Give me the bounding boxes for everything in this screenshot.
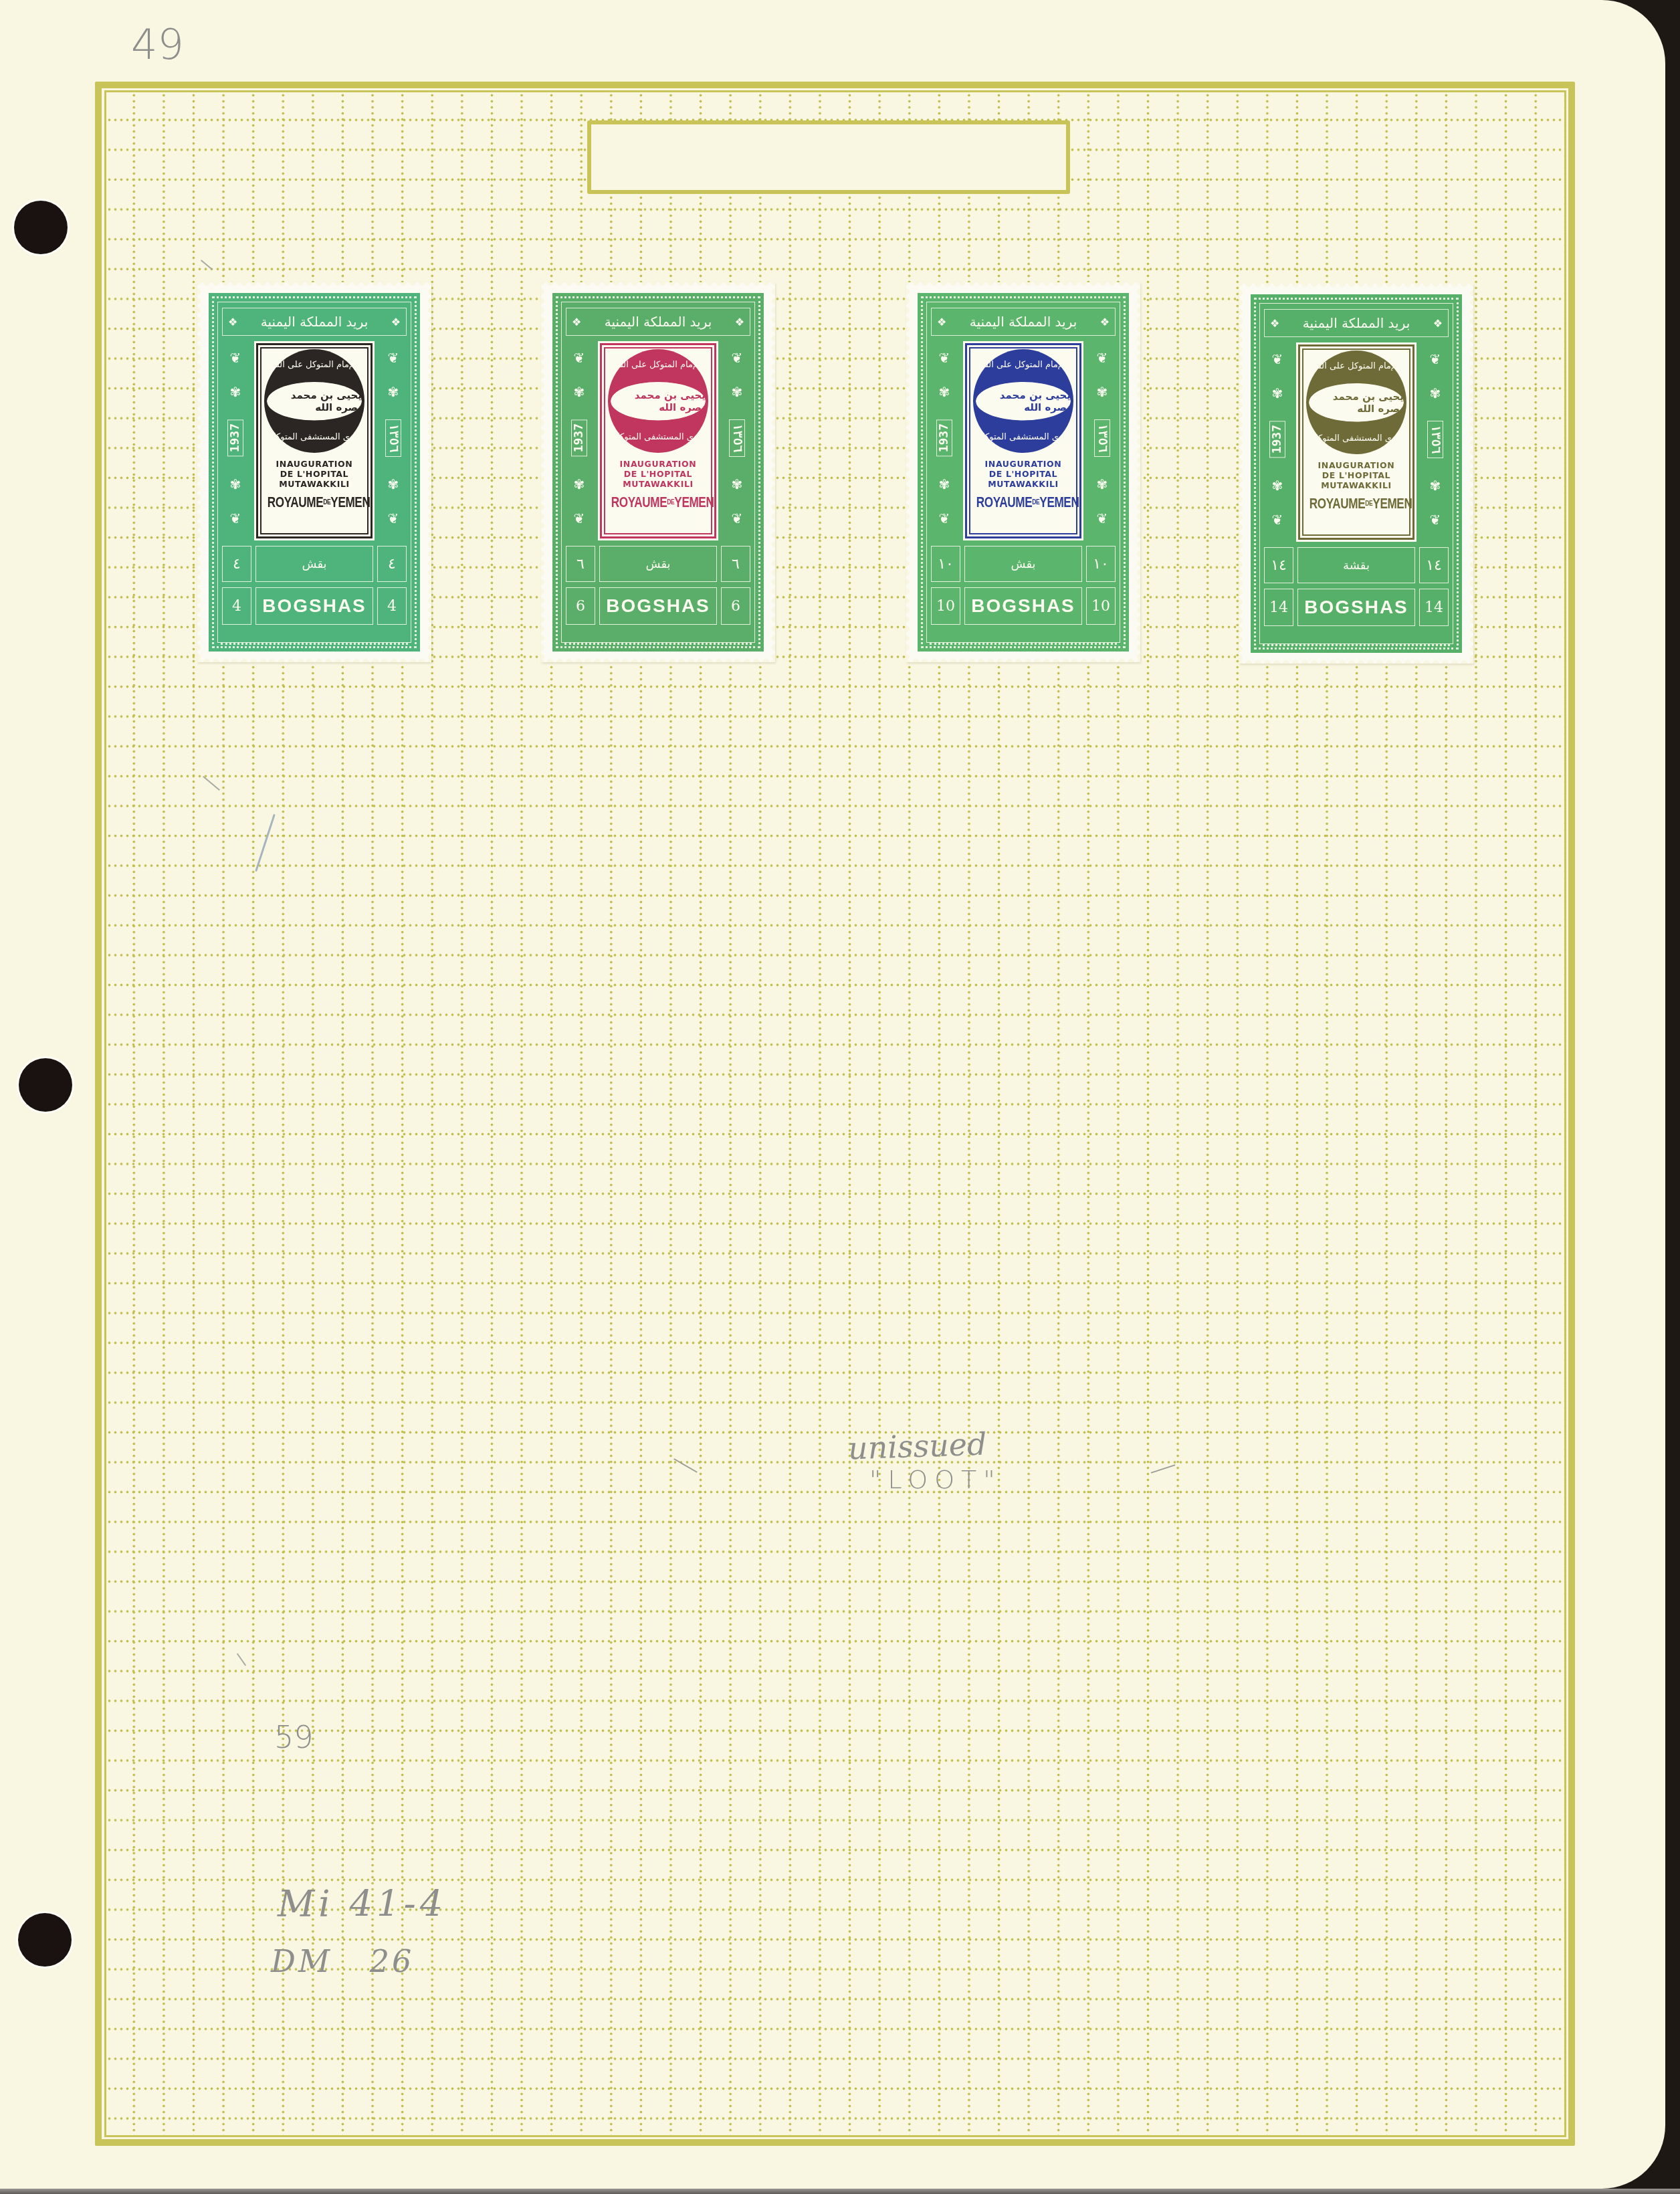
floral-icon: ✾ [1430, 387, 1441, 400]
oval-arabic-bottom: ذكرى المستشفى المتوكلي [973, 432, 1073, 442]
stamp-value-row: 10 BOGSHAS 10 [931, 587, 1116, 625]
oval-arabic-center: يحيى بن محمد نصره الله [976, 382, 1071, 421]
floral-icon: ❦ [1272, 513, 1283, 526]
oval-arabic-top: الإمام المتوكل على الله [973, 360, 1073, 370]
ornament-icon: ❖ [735, 316, 744, 328]
binder-hole-middle [19, 1058, 72, 1112]
floral-icon: ✾ [1272, 387, 1283, 400]
oval-arabic-center: يحيى بن محمد نصره الله [1309, 383, 1404, 422]
stamp-inscription: INAUGURATIONDE L'HOPITALMUTAWAKKILI [963, 459, 1083, 489]
inscription-line: INAUGURATION [963, 459, 1083, 469]
floral-icon: ❦ [230, 512, 241, 525]
stamp-country: ROYAUMEDEYEMEN [976, 494, 1070, 511]
inscription-line: MUTAWAKKILI [254, 479, 375, 489]
floral-icon: ❦ [1097, 512, 1108, 525]
stamp-arabic-currency: بقشة [1297, 547, 1415, 583]
stamp-arabic-currency: بقش [599, 546, 717, 582]
stamp-year: 1937 [571, 419, 587, 456]
ornament-icon: ❖ [1100, 316, 1110, 328]
stamp-year: 1937 [936, 419, 952, 456]
floral-icon: ✾ [939, 385, 950, 399]
stamp-vignette: الإمام المتوكل على الله يحيى بن محمد نصر… [963, 341, 1083, 540]
floral-icon: ❦ [388, 512, 399, 525]
stamp-inscription: INAUGURATIONDE L'HOPITALMUTAWAKKILI [254, 459, 375, 489]
floral-icon: ❦ [1430, 513, 1441, 526]
stamp-arabic-title: بريد المملكة اليمنية [261, 314, 369, 330]
floral-icon: ✾ [230, 478, 241, 491]
stamp-top-band: ❖ بريد المملكة اليمنية ❖ [931, 308, 1116, 336]
floral-icon: ✾ [939, 478, 950, 491]
inscription-line: MUTAWAKKILI [963, 479, 1083, 489]
oval-arabic-bottom: ذكرى المستشفى المتوكلي [264, 432, 364, 442]
stamp-oval: الإمام المتوكل على الله يحيى بن محمد نصر… [608, 349, 708, 453]
stamp-arabic-currency: بقش [255, 546, 373, 582]
stamp-arabic-title: بريد المملكة اليمنية [970, 314, 1077, 330]
stamp-oval: الإمام المتوكل على الله يحيى بن محمد نصر… [973, 349, 1073, 453]
inscription-line: MUTAWAKKILI [598, 479, 718, 489]
stamp-arabic-currency: بقش [964, 546, 1082, 582]
stamp-value-row-arabic: ١٤ بقشة ١٤ [1264, 547, 1449, 583]
stamp-year: 1937 [227, 419, 243, 456]
inscription-line: DE L'HOPITAL [963, 469, 1083, 479]
oval-arabic-top: الإمام المتوكل على الله [1306, 361, 1406, 371]
note-michel-number: Mi 41-4 [278, 1883, 447, 1925]
title-box[interactable] [587, 120, 1070, 194]
inscription-line: DE L'HOPITAL [254, 469, 375, 479]
inscription-line: INAUGURATION [254, 459, 375, 469]
stamp-currency: BOGSHAS [255, 587, 373, 625]
floral-icon: ❦ [939, 512, 950, 525]
oval-arabic-center: يحيى بن محمد نصره الله [267, 382, 362, 421]
stamp-6-bogshas[interactable]: ❖ بريد المملكة اليمنية ❖ ❦ ✾ 1937 ✾ ❦ ❦ … [552, 293, 764, 652]
floral-icon: ❦ [1272, 353, 1283, 366]
stamp-value: 14 [1419, 589, 1449, 626]
stamp-value: 4 [222, 587, 251, 625]
stamp-arabic-value: ١٤ [1264, 547, 1293, 583]
stamp-value-row-arabic: ٦ بقش ٦ [566, 546, 750, 582]
stamp-vignette: الإمام المتوكل على الله يحيى بن محمد نصر… [598, 341, 718, 540]
floral-icon: ✾ [230, 385, 241, 399]
floral-icon: ❦ [1430, 353, 1441, 366]
note-catalog-number: 59 [274, 1719, 314, 1755]
stamp-side-left: ❦ ✾ 1937 ✾ ❦ [1264, 342, 1291, 536]
oval-arabic-top: الإمام المتوكل على الله [608, 360, 708, 370]
stamp-side-left: ❦ ✾ 1937 ✾ ❦ [931, 341, 958, 535]
floral-icon: ❦ [1097, 351, 1108, 365]
note-unissued: unissued [847, 1425, 987, 1466]
stamp-value: 4 [377, 587, 407, 625]
ornament-icon: ❖ [937, 316, 946, 328]
ornament-icon: ❖ [391, 316, 401, 328]
stamp-side-left: ❦ ✾ 1937 ✾ ❦ [566, 341, 593, 535]
stamp-top-band: ❖ بريد المملكة اليمنية ❖ [1264, 309, 1449, 337]
floral-icon: ❦ [388, 351, 399, 365]
floral-icon: ❦ [574, 512, 585, 525]
ornament-icon: ❖ [1270, 317, 1279, 330]
stamp-inscription: INAUGURATIONDE L'HOPITALMUTAWAKKILI [1296, 460, 1416, 490]
stamp-arabic-value: ٤ [377, 546, 407, 582]
floral-icon: ✾ [1097, 478, 1108, 491]
oval-arabic-center: يحيى بن محمد نصره الله [611, 382, 706, 421]
stamp-top-band: ❖ بريد المملكة اليمنية ❖ [566, 308, 750, 336]
stamp-vignette: الإمام المتوكل على الله يحيى بن محمد نصر… [1296, 342, 1416, 542]
inscription-line: MUTAWAKKILI [1296, 480, 1416, 490]
stamp-value-row: 4 BOGSHAS 4 [222, 587, 407, 625]
stamp-arabic-value: ١٤ [1419, 547, 1449, 583]
oval-arabic-top: الإمام المتوكل على الله [264, 360, 364, 370]
binder-hole-top [14, 201, 68, 254]
floral-icon: ❦ [230, 351, 241, 365]
ornament-icon: ❖ [228, 316, 237, 328]
inscription-line: INAUGURATION [598, 459, 718, 469]
floral-icon: ✾ [574, 385, 585, 399]
floral-icon: ✾ [732, 385, 743, 399]
stamp-year: 1937 [1269, 421, 1285, 458]
floral-icon: ✾ [388, 478, 399, 491]
floral-icon: ✾ [574, 478, 585, 491]
floral-icon: ❦ [574, 351, 585, 365]
stamp-dot-rim-bottom [1263, 644, 1450, 646]
floral-icon: ✾ [1430, 479, 1441, 492]
ornament-icon: ❖ [572, 316, 581, 328]
stamp-side-right: ❦ ✾ ١٣٥٦ ✾ ❦ [1422, 342, 1449, 536]
stamp-side-right: ❦ ✾ ١٣٥٦ ✾ ❦ [1089, 341, 1116, 535]
stamp-inscription: INAUGURATIONDE L'HOPITALMUTAWAKKILI [598, 459, 718, 489]
stamp-10-bogshas[interactable]: ❖ بريد المملكة اليمنية ❖ ❦ ✾ 1937 ✾ ❦ ❦ … [918, 293, 1129, 652]
stamp-value-row-arabic: ١٠ بقش ١٠ [931, 546, 1116, 582]
binder-hole-bottom [18, 1913, 72, 1967]
stamp-arabic-title: بريد المملكة اليمنية [605, 314, 712, 330]
stamp-year-hijri: ١٣٥٦ [729, 419, 745, 456]
stamp-year-hijri: ١٣٥٦ [385, 419, 401, 456]
stamp-arabic-value: ١٠ [1086, 546, 1116, 582]
page-number: 49 [131, 20, 184, 69]
stamp-currency: BOGSHAS [599, 587, 717, 625]
floral-icon: ✾ [388, 385, 399, 399]
stamp-side-right: ❦ ✾ ١٣٥٦ ✾ ❦ [724, 341, 750, 535]
stamp-4-bogshas[interactable]: ❖ بريد المملكة اليمنية ❖ ❦ ✾ 1937 ✾ ❦ ❦ … [209, 293, 420, 652]
stamp-value: 14 [1264, 589, 1293, 626]
stamp-value: 10 [931, 587, 960, 625]
stamp-arabic-value: ٦ [566, 546, 595, 582]
stamp-value: 6 [566, 587, 595, 625]
stamp-arabic-value: ٦ [721, 546, 750, 582]
stamp-dot-rim-bottom [221, 643, 408, 645]
stamp-value-row: 14 BOGSHAS 14 [1264, 589, 1449, 626]
oval-arabic-bottom: ذكرى المستشفى المتوكلي [1306, 433, 1406, 443]
note-price: DM 26 [271, 1943, 414, 1979]
note-loot: "LOOT" [869, 1465, 1002, 1494]
floral-icon: ✾ [1272, 479, 1283, 492]
stamp-arabic-value: ٤ [222, 546, 251, 582]
stamp-dot-rim-bottom [564, 643, 752, 645]
stamp-top-band: ❖ بريد المملكة اليمنية ❖ [222, 308, 407, 336]
stamp-vignette: الإمام المتوكل على الله يحيى بن محمد نصر… [254, 341, 375, 540]
stamp-value-row: 6 BOGSHAS 6 [566, 587, 750, 625]
floral-icon: ❦ [732, 351, 743, 365]
floral-icon: ✾ [732, 478, 743, 491]
stamp-oval: الإمام المتوكل على الله يحيى بن محمد نصر… [264, 349, 364, 453]
stamp-value-row-arabic: ٤ بقش ٤ [222, 546, 407, 582]
stamp-country: ROYAUMEDEYEMEN [611, 494, 705, 511]
stamp-country: ROYAUMEDEYEMEN [1309, 495, 1403, 512]
inscription-line: INAUGURATION [1296, 460, 1416, 470]
inscription-line: DE L'HOPITAL [598, 469, 718, 479]
stamp-year-hijri: ١٣٥٦ [1094, 419, 1110, 456]
inscription-line: DE L'HOPITAL [1296, 470, 1416, 480]
album-page: 49 ❖ بريد المملكة اليمنية ❖ ❦ ✾ 1937 ✾ ❦… [0, 0, 1665, 2189]
stamp-side-right: ❦ ✾ ١٣٥٦ ✾ ❦ [380, 341, 407, 535]
stamp-currency: BOGSHAS [1297, 589, 1415, 626]
stamp-year-hijri: ١٣٥٦ [1427, 421, 1443, 458]
ornament-icon: ❖ [1433, 317, 1443, 330]
stamp-value: 10 [1086, 587, 1116, 625]
stamp-currency: BOGSHAS [964, 587, 1082, 625]
stamp-14-bogshas[interactable]: ❖ بريد المملكة اليمنية ❖ ❦ ✾ 1937 ✾ ❦ ❦ … [1251, 294, 1462, 653]
stamp-dot-rim-bottom [930, 643, 1117, 645]
stamp-arabic-value: ١٠ [931, 546, 960, 582]
stamp-arabic-title: بريد المملكة اليمنية [1303, 315, 1410, 331]
floral-icon: ❦ [939, 351, 950, 365]
stamp-side-left: ❦ ✾ 1937 ✾ ❦ [222, 341, 249, 535]
floral-icon: ✾ [1097, 385, 1108, 399]
oval-arabic-bottom: ذكرى المستشفى المتوكلي [608, 432, 708, 442]
scanner-edge [0, 2189, 1680, 2194]
stamp-oval: الإمام المتوكل على الله يحيى بن محمد نصر… [1306, 351, 1406, 454]
stamp-country: ROYAUMEDEYEMEN [268, 494, 361, 511]
stamp-value: 6 [721, 587, 750, 625]
floral-icon: ❦ [732, 512, 743, 525]
